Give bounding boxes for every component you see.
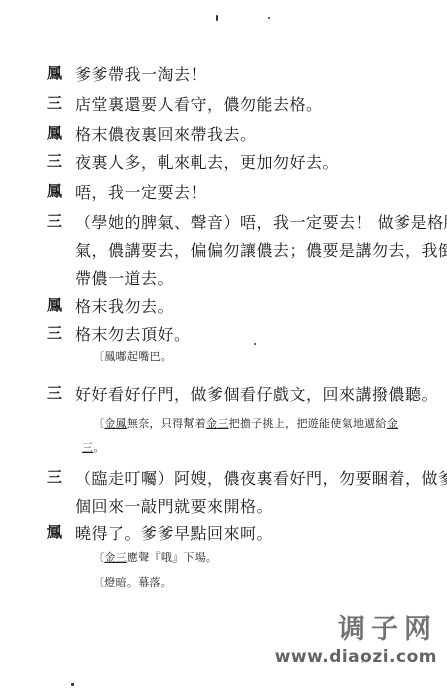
- speech-text: 店堂裏還要人看守，儂勿能去格。: [75, 92, 323, 115]
- character-name: 金三: [206, 417, 229, 430]
- scan-speck: [71, 683, 74, 686]
- scan-speck: [216, 15, 218, 21]
- character-name: 金三: [104, 551, 127, 564]
- speaker-label: 三: [47, 382, 62, 403]
- speech-text: （學她的脾氣、聲音）唔，我一定要去！ 做爹是格脾: [75, 210, 447, 233]
- speech-text: 個回來一敲門就要來開格。: [75, 494, 273, 517]
- bracket: 〔: [93, 551, 104, 564]
- scan-speck: [254, 343, 256, 345]
- stage-direction-text: 〔鳳嘟起嘴巴。: [93, 348, 172, 364]
- speech-text: 爹爹帶我一淘去！: [75, 62, 207, 85]
- speech-text: （臨走叮囑）阿嫂，儂夜裏看好門，勿要睏着，做爹: [75, 466, 447, 489]
- speech-text: 曉得了。爹爹早點回來呵。: [75, 521, 273, 544]
- speaker-label: 三: [47, 210, 62, 231]
- stage-direction-text: 〔燈暗。幕落。: [93, 574, 172, 590]
- character-name: 金鳳: [104, 417, 127, 430]
- stage-direction-text: 〔金三應聲『哦』下場。: [93, 549, 217, 565]
- speech-text: 好好看好仔門，做爹個看仔戲文，回來講撥儂聽。: [75, 382, 438, 405]
- speech-text: 夜裏人多，軋來軋去，更加勿好去。: [75, 150, 339, 173]
- speaker-label: 鳳: [47, 122, 62, 143]
- character-name: 三: [82, 441, 93, 454]
- speech-text: 格末勿去頂好。: [75, 322, 191, 345]
- speaker-label: 鳳: [47, 521, 62, 542]
- stage-direction-text: 〔金鳳無奈，只得幫着金三把擔子挑上，把遊能使氣地遞給金: [93, 415, 398, 431]
- speech-text: 帶儂一道去。: [75, 266, 174, 289]
- scanned-page: 鳳 爹爹帶我一淘去！ 三 店堂裏還要人看守，儂勿能去格。 鳳 格末儂夜裏回來帶我…: [0, 0, 447, 690]
- speech-text: 格末儂夜裏回來帶我去。: [75, 122, 257, 145]
- speaker-label: 三: [47, 150, 62, 171]
- direction-fragment: 把擔子挑上，把遊能使氣地遞給: [229, 417, 387, 430]
- watermark: 调子网 www.diaozi.com: [275, 614, 437, 668]
- speaker-label: 鳳: [47, 62, 62, 83]
- speech-text: 唔，我一定要去！: [75, 180, 207, 203]
- stage-direction-text: 三。: [82, 439, 105, 455]
- speaker-label: 三: [47, 466, 62, 487]
- watermark-title: 调子网: [275, 614, 437, 646]
- character-name: 金: [387, 417, 398, 430]
- speaker-label: 三: [47, 322, 62, 343]
- direction-fragment: 。: [93, 441, 104, 454]
- direction-fragment: 無奈，只得幫着: [127, 417, 206, 430]
- speaker-label: 鳳: [47, 180, 62, 201]
- watermark-url: www.diaozi.com: [275, 646, 437, 668]
- speech-text: 氣，儂講要去，偏偏勿讓儂去；儂要是講勿去，我倒: [75, 238, 447, 261]
- speaker-label: 鳳: [47, 294, 62, 315]
- speech-text: 格末我勿去。: [75, 294, 174, 317]
- speaker-label: 三: [47, 92, 62, 113]
- scan-speck: [268, 17, 270, 19]
- bracket: 〔: [93, 417, 104, 430]
- direction-fragment: 應聲『哦』下場。: [127, 551, 217, 564]
